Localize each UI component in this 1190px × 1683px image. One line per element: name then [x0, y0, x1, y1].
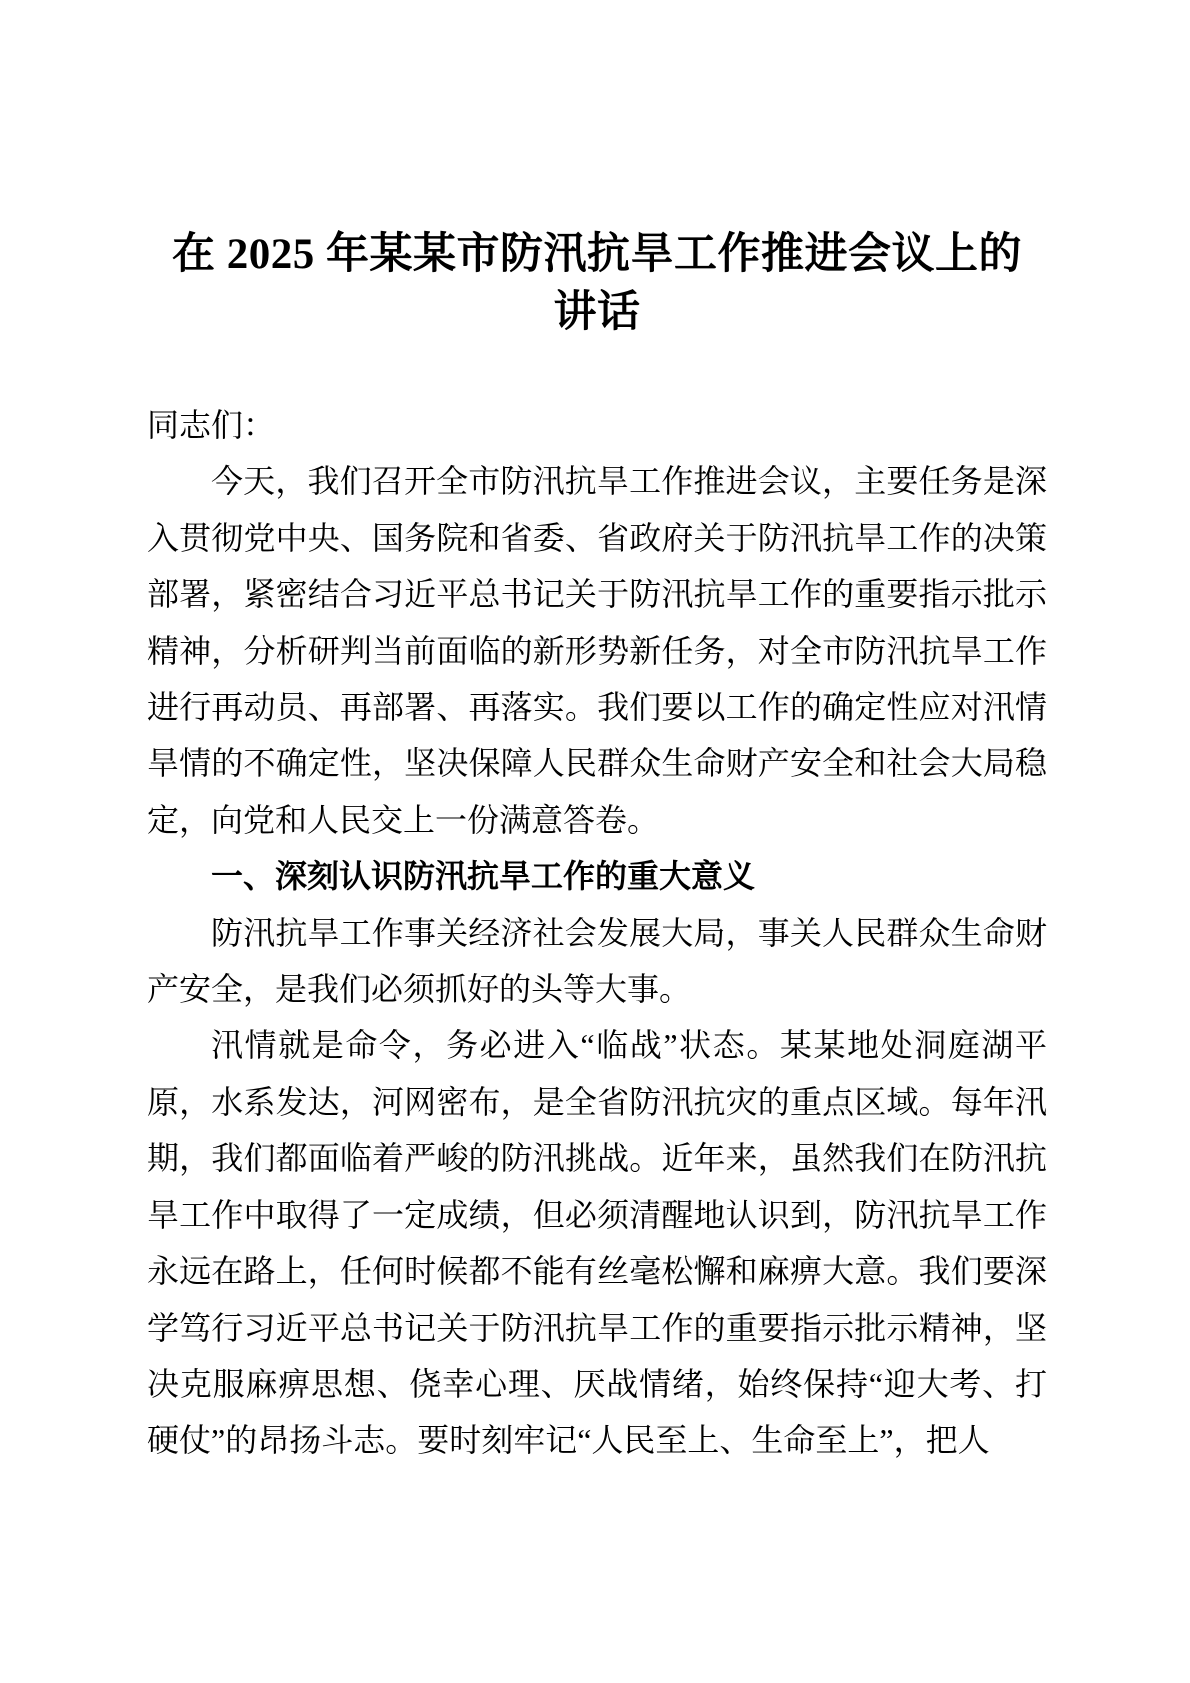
document-title-line-1: 在 2025 年某某市防汛抗旱工作推进会议上的: [147, 226, 1047, 284]
document-body: 同志们：今天，我们召开全市防汛抗旱工作推进会议，主要任务是深入贯彻党中央、国务院…: [147, 397, 1047, 1469]
paragraph: 防汛抗旱工作事关经济社会发展大局，事关人民群众生命财产安全，是我们必须抓好的头等…: [147, 905, 1047, 1018]
paragraph: 汛情就是命令，务必进入“临战”状态。某某地处洞庭湖平原，水系发达，河网密布，是全…: [147, 1017, 1047, 1468]
salutation: 同志们：: [147, 397, 1047, 453]
document-title-line-2: 讲话: [147, 284, 1047, 342]
document-page: 在 2025 年某某市防汛抗旱工作推进会议上的 讲话 同志们：今天，我们召开全市…: [0, 0, 1190, 1683]
section-heading: 一、深刻认识防汛抗旱工作的重大意义: [147, 848, 1047, 904]
document-title: 在 2025 年某某市防汛抗旱工作推进会议上的 讲话: [147, 226, 1047, 342]
paragraph: 今天，我们召开全市防汛抗旱工作推进会议，主要任务是深入贯彻党中央、国务院和省委、…: [147, 453, 1047, 848]
